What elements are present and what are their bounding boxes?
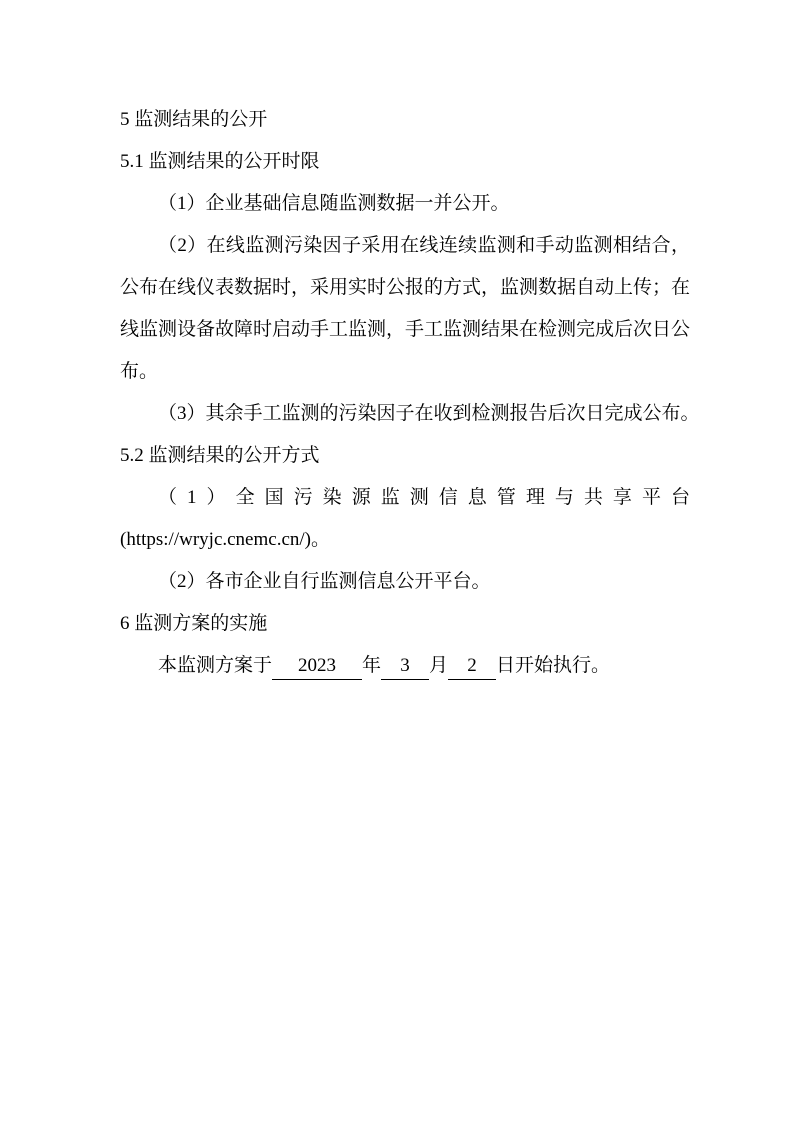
day-blank: 2	[448, 654, 496, 680]
heading-section-5-1: 5.1 监测结果的公开时限	[120, 141, 690, 183]
year-blank: 2023	[272, 654, 362, 680]
month-blank: 3	[381, 654, 429, 680]
platform-name-text: （1）全国污染源监测信息管理与共享平台	[158, 487, 690, 508]
paragraph-5-2-item-2: （2）各市企业自行监测信息公开平台。	[120, 561, 690, 603]
document-page: 5 监测结果的公开 5.1 监测结果的公开时限 （1）企业基础信息随监测数据一并…	[0, 0, 800, 1131]
paragraph-5-1-item-3: （3）其余手工监测的污染因子在收到检测报告后次日完成公布。	[120, 393, 690, 435]
year-label: 年	[362, 655, 381, 676]
month-label: 月	[429, 655, 448, 676]
heading-section-5-2: 5.2 监测结果的公开方式	[120, 435, 690, 477]
execution-date-line: 本监测方案于2023年3月2日开始执行。	[120, 645, 690, 687]
execution-suffix-text: 日开始执行。	[496, 655, 610, 676]
document-content: 5 监测结果的公开 5.1 监测结果的公开时限 （1）企业基础信息随监测数据一并…	[0, 0, 800, 687]
paragraph-5-1-item-2: （2）在线监测污染因子采用在线连续监测和手动监测相结合，公布在线仪表数据时，采用…	[120, 225, 690, 393]
paragraph-5-2-item-1: （1）全国污染源监测信息管理与共享平台(https://wryjc.cnemc.…	[120, 477, 690, 561]
platform-url-text: (https://wryjc.cnemc.cn/)。	[120, 529, 330, 550]
execution-prefix-text: 本监测方案于	[158, 655, 272, 676]
heading-section-5: 5 监测结果的公开	[120, 99, 690, 141]
paragraph-5-1-item-1: （1）企业基础信息随监测数据一并公开。	[120, 183, 690, 225]
heading-section-6: 6 监测方案的实施	[120, 603, 690, 645]
